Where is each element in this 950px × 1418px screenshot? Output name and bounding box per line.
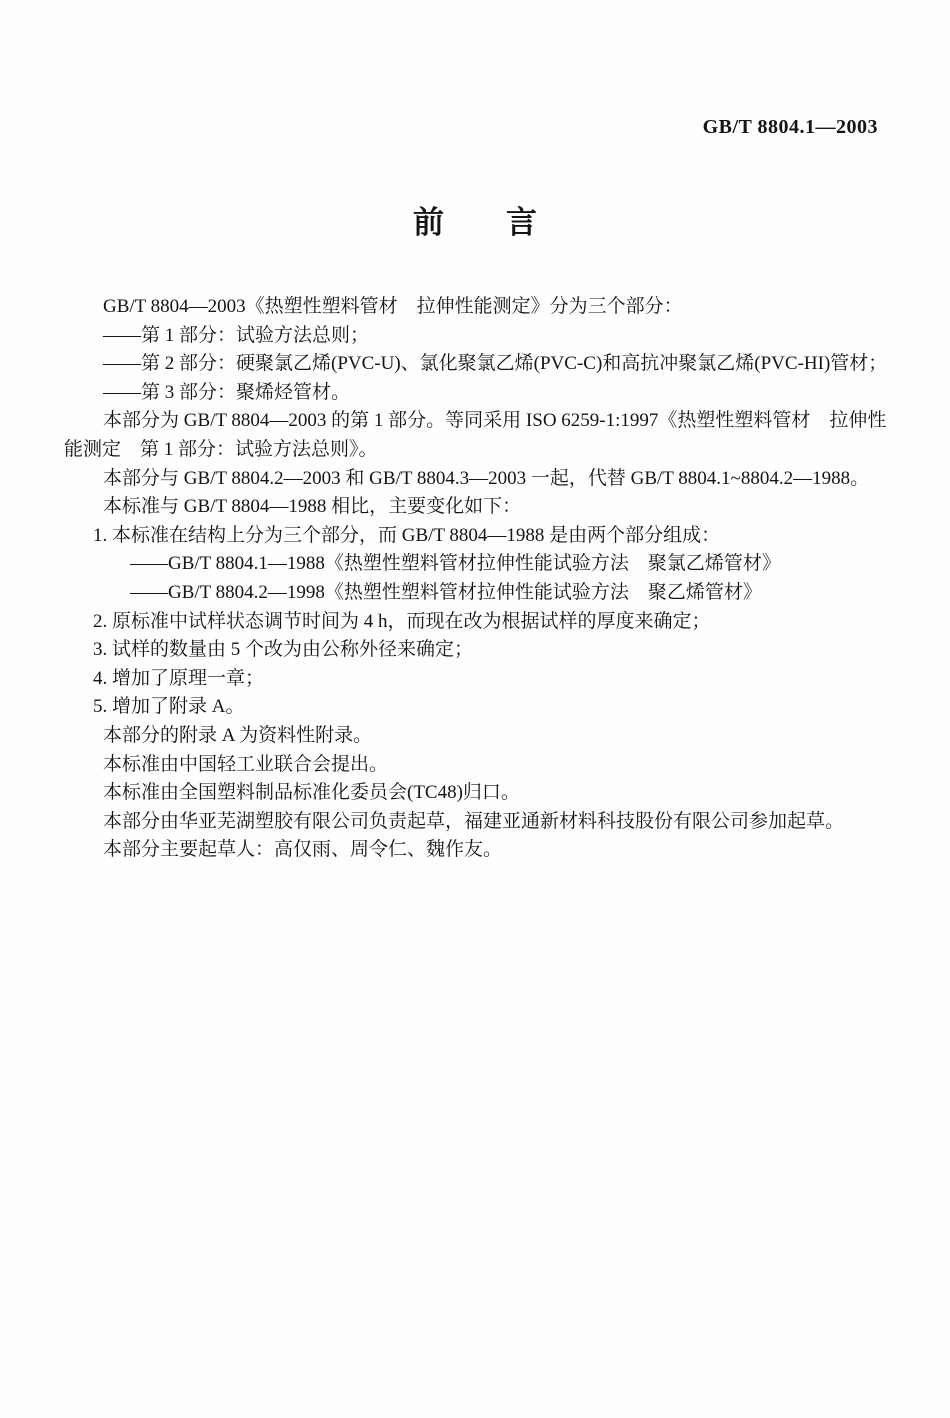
text-line: 本标准由全国塑料制品标准化委员会(TC48)归口。 [64, 779, 896, 808]
text-line: 本标准与 GB/T 8804—1988 相比，主要变化如下： [64, 493, 896, 522]
document-page: GB/T 8804.1—2003 前 言 GB/T 8804—2003《热塑性塑… [0, 0, 950, 1418]
text-line: 本部分与 GB/T 8804.2—2003 和 GB/T 8804.3—2003… [64, 465, 896, 494]
text-line: 2. 原标准中试样状态调节时间为 4 h，而现在改为根据试样的厚度来确定； [64, 608, 896, 637]
text-line: 本部分由华亚芜湖塑胶有限公司负责起草，福建亚通新材料科技股份有限公司参加起草。 [64, 808, 896, 837]
text-line: ——第 3 部分：聚烯烃管材。 [64, 379, 896, 408]
text-line: 能测定 第 1 部分：试验方法总则》。 [64, 436, 896, 465]
page-title: 前 言 [0, 197, 950, 242]
text-line: 本部分的附录 A 为资料性附录。 [64, 722, 896, 751]
text-line: 本部分主要起草人：高仅雨、周令仁、魏作友。 [64, 836, 896, 865]
text-line: ——第 2 部分：硬聚氯乙烯(PVC-U)、氯化聚氯乙烯(PVC-C)和高抗冲聚… [64, 350, 896, 379]
text-line: 4. 增加了原理一章； [64, 665, 896, 694]
text-line: ——第 1 部分：试验方法总则； [64, 322, 896, 351]
text-line: 本部分为 GB/T 8804—2003 的第 1 部分。等同采用 ISO 625… [64, 407, 896, 436]
text-line: ——GB/T 8804.2—1998《热塑性塑料管材拉伸性能试验方法 聚乙烯管材… [64, 579, 896, 608]
standard-code-header: GB/T 8804.1—2003 [703, 116, 878, 139]
text-line: 3. 试样的数量由 5 个改为由公称外径来确定； [64, 636, 896, 665]
text-line: ——GB/T 8804.1—1988《热塑性塑料管材拉伸性能试验方法 聚氯乙烯管… [64, 550, 896, 579]
text-line: GB/T 8804—2003《热塑性塑料管材 拉伸性能测定》分为三个部分： [64, 293, 896, 322]
text-line: 本标准由中国轻工业联合会提出。 [64, 751, 896, 780]
text-line: 5. 增加了附录 A。 [64, 693, 896, 722]
text-line: 1. 本标准在结构上分为三个部分，而 GB/T 8804—1988 是由两个部分… [64, 522, 896, 551]
body-text: GB/T 8804—2003《热塑性塑料管材 拉伸性能测定》分为三个部分：——第… [64, 293, 896, 865]
